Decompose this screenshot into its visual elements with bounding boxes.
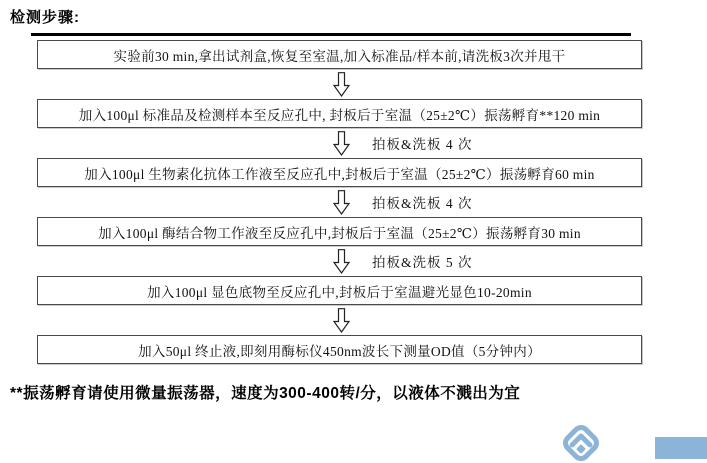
footnote: **振荡孵育请使用微量振荡器，速度为300-400转/分，以液体不溅出为宜 xyxy=(10,381,650,403)
flow-connector-4: 拍板&洗板 5 次 xyxy=(37,246,642,276)
flow-step-2: 加入100μl 标准品及检测样本至反应孔中, 封板后于室温（25±2℃）振荡孵育… xyxy=(37,99,642,128)
flow-step-6: 加入50μl 终止液,即刻用酶标仪450nm波长下测量OD值（5分钟内） xyxy=(37,335,642,364)
connector-label: 拍板&洗板 5 次 xyxy=(372,251,473,271)
diamond-box-logo-icon xyxy=(557,423,605,461)
connector-label: 拍板&洗板 4 次 xyxy=(372,133,473,153)
down-arrow-icon xyxy=(333,308,350,333)
flow-step-1: 实验前30 min,拿出试剂盒,恢复至室温,加入标准品/样本前,请洗板3次并甩干 xyxy=(37,40,642,69)
flow-connector-1 xyxy=(37,69,642,99)
flow-connector-2: 拍板&洗板 4 次 xyxy=(37,128,642,158)
document-page: 检测步骤: 实验前30 min,拿出试剂盒,恢复至室温,加入标准品/样本前,请洗… xyxy=(0,0,707,463)
down-arrow-icon xyxy=(333,131,350,156)
down-arrow-icon xyxy=(333,72,350,97)
flow-step-4: 加入100μl 酶结合物工作液至反应孔中,封板后于室温（25±2℃）振荡孵育30… xyxy=(37,217,642,246)
down-arrow-icon xyxy=(333,249,350,274)
brand-color-block xyxy=(655,437,707,459)
flow-connector-5 xyxy=(37,305,642,335)
horizontal-rule xyxy=(31,33,631,36)
flow-connector-3: 拍板&洗板 4 次 xyxy=(37,187,642,217)
down-arrow-icon xyxy=(333,190,350,215)
brand-watermark xyxy=(655,425,707,461)
connector-label: 拍板&洗板 4 次 xyxy=(372,192,473,212)
page-title: 检测步骤: xyxy=(10,6,80,27)
flowchart: 实验前30 min,拿出试剂盒,恢复至室温,加入标准品/样本前,请洗板3次并甩干… xyxy=(37,40,642,364)
flow-step-3: 加入100μl 生物素化抗体工作液至反应孔中,封板后于室温（25±2℃）振荡孵育… xyxy=(37,158,642,187)
flow-step-5: 加入100μl 显色底物至反应孔中,封板后于室温避光显色10-20min xyxy=(37,276,642,305)
